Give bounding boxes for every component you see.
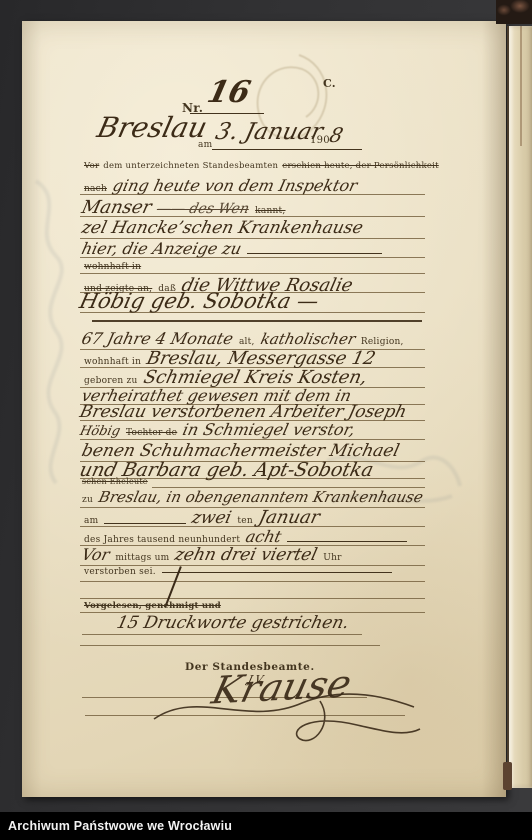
- printed-text: dem unterzeichneten Standesbeamten: [103, 161, 278, 171]
- rule-line: [80, 565, 425, 566]
- book-binding-corner: [496, 0, 532, 24]
- form-line-birthplace: geboren zu Schmiegel Kreis Kosten,: [84, 367, 366, 388]
- printed-struck-text: Vor: [84, 161, 99, 171]
- form-line-deceased-name: Höbig geb. Sobotka —: [80, 289, 318, 313]
- printed-text: am: [84, 516, 98, 526]
- handwritten-entry: Januar: [256, 507, 321, 528]
- handwritten-entry: Breslau, in obengenanntem Krankenhause: [97, 488, 425, 506]
- register-page: C. Nr. 16 Breslau am 3. Januar 190 8: [22, 21, 506, 797]
- handwritten-entry: Manser: [80, 197, 154, 218]
- printed-struck-text: nach: [84, 184, 107, 194]
- rule-line: [82, 634, 362, 635]
- handwritten-entry: in Schmiegel verstor,: [181, 420, 357, 439]
- handwritten-entry: benen Schuhmachermeister Michael: [80, 441, 402, 461]
- rule-line: [80, 581, 425, 582]
- printed-text: Religion,: [361, 337, 404, 347]
- form-line-parents-1: Höbig Tochter de in Schmiegel verstor,: [80, 420, 355, 439]
- form-line-notifier: nach ging heute von dem Inspektor: [84, 176, 357, 195]
- bleedthrough-marks: [26, 171, 86, 491]
- form-line-parents-2: benen Schuhmachermeister Michael: [82, 441, 399, 461]
- form-line-spouse: Breslau verstorbenen Arbeiter Joseph: [80, 402, 406, 422]
- adjacent-page-edge: [507, 26, 532, 788]
- printed-text: Uhr: [323, 553, 341, 563]
- printed-text: alt,: [239, 337, 255, 347]
- date-underline: [212, 149, 362, 150]
- form-line-notice: hier, die Anzeige zu: [82, 239, 382, 258]
- rule-line: [80, 273, 425, 274]
- form-line-age-religion: 67 Jahre 4 Monate alt, katholischer Reli…: [82, 329, 404, 348]
- handwritten-entry: Höbig: [78, 424, 121, 439]
- rule-line: [80, 645, 380, 646]
- handwritten-entry: 15 Druckworte gestrichen.: [115, 613, 351, 633]
- form-line-correction-note: 15 Druckworte gestrichen.: [117, 613, 349, 633]
- page-edge-blotch: [503, 762, 512, 790]
- handwritten-entry: zehn drei viertel: [173, 545, 319, 565]
- handwritten-entry: katholischer: [259, 330, 357, 348]
- form-line-residence: wohnhaft in Breslau, Messergasse 12: [84, 348, 375, 369]
- form-line-death-year: des Jahres tausend neunhundert acht: [84, 527, 407, 546]
- archive-name-label: Archiwum Państwowe we Wrocławiu: [8, 819, 232, 833]
- form-line-death-time: Vor mittags um zehn drei viertel Uhr: [82, 545, 342, 565]
- handwritten-entry: Breslau verstorbenen Arbeiter Joseph: [78, 402, 409, 422]
- handwritten-entry: Schmiegel Kreis Kosten,: [141, 367, 369, 388]
- printed-struck-text: erschien heute, der Persönlichkeit: [282, 161, 439, 171]
- date-entry: 3. Januar: [213, 119, 326, 145]
- printed-text: geboren zu: [84, 376, 138, 386]
- printed-struck-text: Vorgelesen, genehmigt und: [84, 601, 221, 611]
- handwritten-entry: 67 Jahre 4 Monate: [80, 329, 235, 348]
- record-number-value: 16: [204, 75, 254, 110]
- page-edge-streak: [520, 26, 522, 146]
- form-line-vorgelesen-struck: Vorgelesen, genehmigt und: [84, 601, 221, 611]
- form-line-residence-struck: wohnhaft in: [84, 262, 141, 272]
- printed-text: ten: [237, 516, 253, 526]
- form-line-notifier-name: Manser —— des Wen kannt,: [82, 197, 286, 218]
- printed-text: mittags um: [115, 553, 169, 563]
- form-line-eheleute-struck: schen Eheleute: [82, 477, 148, 486]
- ink-fill-line: [162, 571, 392, 573]
- handwritten-entry: Höbig geb. Sobotka —: [77, 289, 321, 313]
- rule-line: [80, 598, 425, 599]
- section-divider-line: [92, 320, 422, 322]
- handwritten-entry: hier, die Anzeige zu: [80, 239, 244, 258]
- printed-text: verstorben sei.: [84, 567, 156, 577]
- printed-text: zu: [82, 495, 93, 505]
- handwritten-entry: zel Hancke’schen Krankenhause: [80, 218, 365, 238]
- ink-fill-line: [247, 252, 382, 254]
- printed-text: des Jahres tausend neunhundert: [84, 535, 240, 545]
- ink-fill-line: [104, 522, 186, 524]
- handwritten-entry: acht: [244, 527, 284, 546]
- handwritten-entry: Breslau, Messergasse 12: [145, 348, 378, 369]
- signature-flourish: [152, 679, 422, 754]
- form-line-death-place: zu Breslau, in obengenanntem Krankenhaus…: [82, 488, 423, 506]
- form-line-hospital: zel Hancke’schen Krankenhause: [82, 218, 363, 238]
- ink-fill-line: [287, 540, 407, 542]
- form-line-died: verstorben sei.: [84, 567, 392, 577]
- printed-struck-text: kannt,: [255, 206, 285, 216]
- am-label: am: [198, 140, 212, 150]
- printed-struck-text: wohnhaft in: [84, 262, 141, 272]
- handwritten-entry: zwei: [190, 508, 234, 528]
- printed-text: wohnhaft in: [84, 357, 141, 367]
- archive-caption-bar: Archiwum Państwowe we Wrocławiu: [0, 812, 532, 840]
- printed-struck-text: Tochter de: [126, 428, 177, 438]
- rule-line: [80, 439, 425, 440]
- handwritten-struck-entry: —— des Wen: [155, 201, 251, 217]
- handwritten-entry: Vor: [80, 545, 112, 564]
- printed-struck-text: schen Eheleute: [82, 477, 148, 486]
- form-line-intro: Vor dem unterzeichneten Standesbeamten e…: [84, 161, 439, 171]
- place-entry: Breslau: [94, 111, 210, 144]
- form-letter-c: C.: [323, 77, 336, 90]
- form-line-death-date: am zwei ten Januar: [84, 507, 319, 528]
- handwritten-entry: ging heute von dem Inspektor: [111, 176, 359, 195]
